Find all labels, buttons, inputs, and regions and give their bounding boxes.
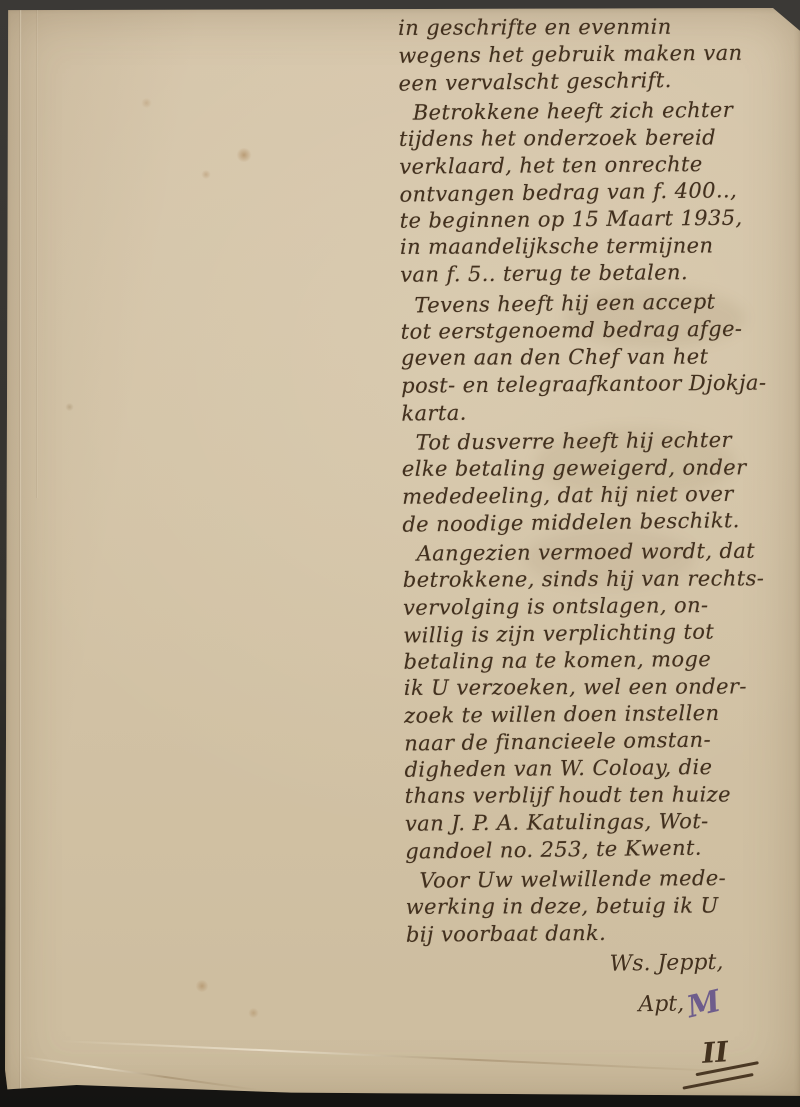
handwritten-line: de noodige middelen beschikt. bbox=[402, 506, 794, 538]
handwritten-line: wegens het gebruik maken van bbox=[398, 39, 790, 69]
handwritten-line: ik U verzoeken, wel een onder- bbox=[404, 673, 796, 702]
handwritten-line: mededeeling, dat hij niet over bbox=[402, 480, 794, 510]
foxing-stain bbox=[201, 170, 211, 179]
foxing-stain bbox=[141, 98, 152, 108]
handwritten-line: geven aan den Chef van het bbox=[401, 343, 793, 372]
fold-crease-vertical-faint bbox=[36, 8, 38, 498]
handwritten-line: in maandelijksche termijnen bbox=[400, 232, 792, 261]
handwritten-line: Tot dusverre heeft hij echter bbox=[402, 426, 794, 456]
foxing-stain bbox=[65, 403, 74, 411]
signature-title-text: Apt, bbox=[638, 992, 684, 1018]
handwritten-line: betaling na te komen, moge bbox=[403, 645, 795, 675]
handwritten-line: post- en telegraafkantoor Djokja- bbox=[401, 369, 793, 399]
fold-crease-diagonal-long bbox=[60, 1040, 749, 1073]
handwritten-line: digheden van W. Coloay, die bbox=[404, 753, 796, 783]
handwritten-line: Betrokkene heeft zich echter bbox=[399, 96, 791, 126]
signature-block: Ws. Jeppt, Apt,M bbox=[401, 949, 794, 1024]
signature-name: Ws. Jeppt, bbox=[609, 949, 793, 977]
handwritten-line: Tevens heeft hij een accept bbox=[400, 287, 792, 319]
handwritten-line: tot eerstgenoemd bedrag afge- bbox=[401, 315, 793, 345]
handwritten-line: elke betaling geweigerd, onder bbox=[402, 454, 794, 483]
foxing-stain bbox=[248, 1008, 259, 1018]
signature-title: Apt,M bbox=[638, 982, 795, 1020]
page-number-roman: II bbox=[701, 1035, 729, 1070]
handwritten-line: betrokkene, sinds hij van rechts- bbox=[403, 565, 795, 594]
handwritten-line: ontvangen bedrag van f. 400.., bbox=[399, 176, 791, 208]
signature-paraph: M bbox=[683, 984, 723, 1026]
handwritten-line: karta. bbox=[401, 395, 793, 427]
handwritten-line: te beginnen op 15 Maart 1935, bbox=[400, 204, 792, 234]
fold-crease-diagonal-left bbox=[23, 1056, 261, 1091]
handwritten-line: van J. P. A. Katulingas, Wot- bbox=[405, 807, 797, 837]
foxing-stain bbox=[195, 980, 209, 992]
handwritten-line: werking in deze, betuig ik U bbox=[406, 892, 798, 921]
foxing-stain bbox=[236, 148, 252, 162]
letter-body: in geschrifte en evenminwegens het gebru… bbox=[398, 12, 798, 948]
scan-background: in geschrifte en evenminwegens het gebru… bbox=[0, 0, 800, 1107]
handwritten-line: Voor Uw welwillende mede- bbox=[405, 864, 797, 894]
handwritten-line: verklaard, het ten onrechte bbox=[399, 150, 791, 180]
handwritten-line: naar de financieele omstan- bbox=[404, 725, 796, 757]
handwritten-line: een vervalscht geschrift. bbox=[398, 65, 790, 97]
handwritten-line: in geschrifte en evenmin bbox=[398, 13, 790, 42]
handwritten-line: tijdens het onderzoek bereid bbox=[399, 124, 791, 153]
handwritten-line: bij voorbaat dank. bbox=[406, 918, 798, 948]
handwritten-line: Aangezien vermoed wordt, dat bbox=[403, 537, 795, 567]
handwritten-line: zoek te willen doen instellen bbox=[404, 699, 796, 729]
handwritten-line: vervolging is ontslagen, on- bbox=[403, 591, 795, 621]
handwritten-line: willig is zijn verplichting tot bbox=[403, 617, 795, 649]
fold-crease-vertical bbox=[19, 8, 22, 1097]
handwritten-line: van f. 5.. terug te betalen. bbox=[400, 258, 792, 288]
handwritten-line: thans verblijf houdt ten huize bbox=[405, 781, 797, 810]
page-number-text: II bbox=[701, 1035, 729, 1070]
handwritten-line: gandoel no. 253, te Kwent. bbox=[405, 833, 797, 865]
